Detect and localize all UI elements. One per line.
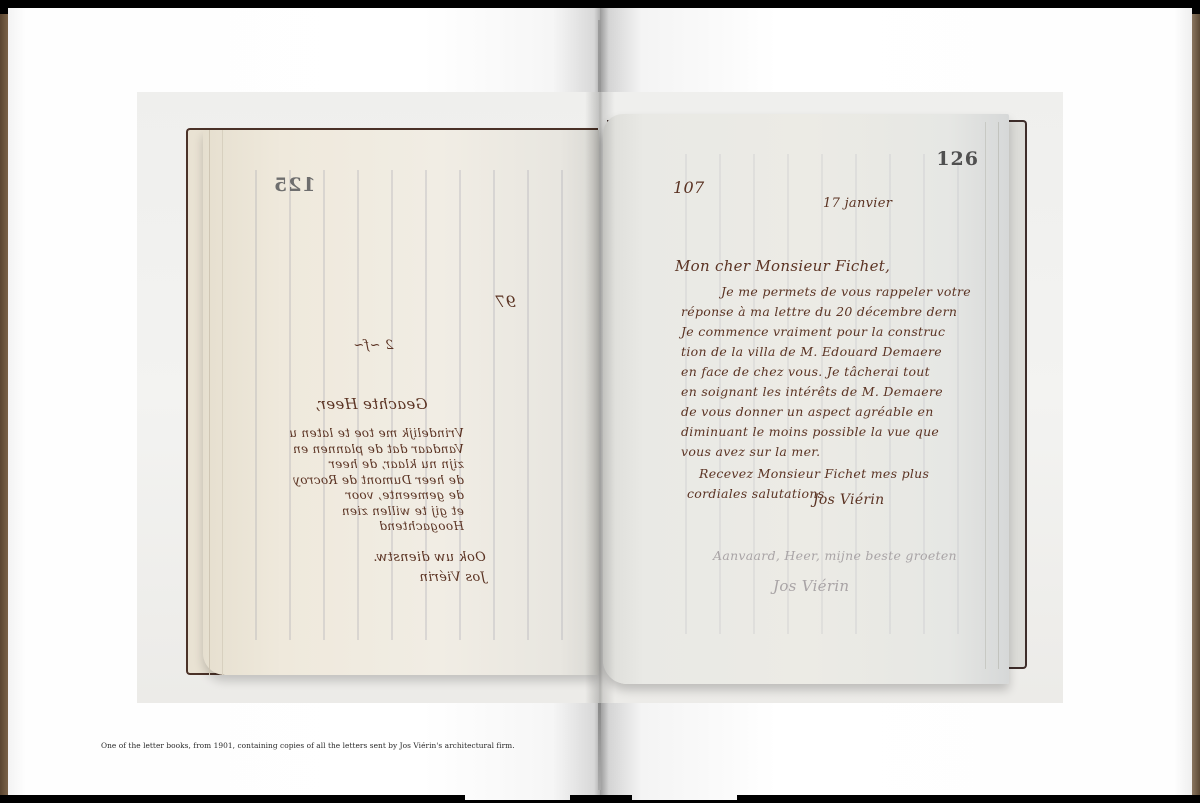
page-number-left: 125	[273, 174, 316, 196]
page-number-right: 126	[936, 148, 979, 170]
bleed-through-closing: Aanvaard, Heer, mijne beste groeten	[713, 544, 957, 568]
letter-closing: Recevez Monsieur Fichet mes plus cordial…	[687, 464, 929, 504]
table-edge-right	[1192, 14, 1200, 803]
letter-date: 17 janvier	[823, 192, 892, 216]
letter-book-photo: 125 97 2 ~f~ Geachte Heer, Vrindelijk me…	[137, 92, 1063, 703]
page-gutter-shadow	[585, 92, 615, 703]
table-edge-left	[0, 14, 8, 803]
mirrored-body: Vrindelijk me toe te laten u Vandaar dat…	[289, 426, 464, 535]
letter-mark: 97	[495, 290, 516, 314]
letter-signature: Jos Viérin	[813, 488, 885, 512]
figure-caption: One of the letter books, from 1901, cont…	[101, 741, 515, 750]
mirrored-closing: Ook uw dienstw. Jos Viérin	[373, 548, 486, 588]
letter-body: Je me permets de vous rappeler votre rép…	[681, 282, 971, 462]
mirrored-salutation: Geachte Heer,	[315, 392, 428, 416]
letter-page-right: 126 107 17 janvier Mon cher Monsieur Fic…	[603, 114, 1009, 684]
background-edge	[849, 0, 1200, 8]
background-edge	[0, 0, 352, 8]
background-edge	[0, 795, 465, 803]
letter-page-left: 125 97 2 ~f~ Geachte Heer, Vrindelijk me…	[203, 130, 599, 675]
background-edge	[570, 795, 632, 803]
letter-number: 107	[673, 176, 704, 200]
mirrored-line: 2 ~f~	[353, 334, 394, 358]
letter-salutation: Mon cher Monsieur Fichet,	[675, 254, 890, 278]
bleed-through-signature: Jos Viérin	[773, 574, 849, 598]
background-edge	[737, 795, 1200, 803]
